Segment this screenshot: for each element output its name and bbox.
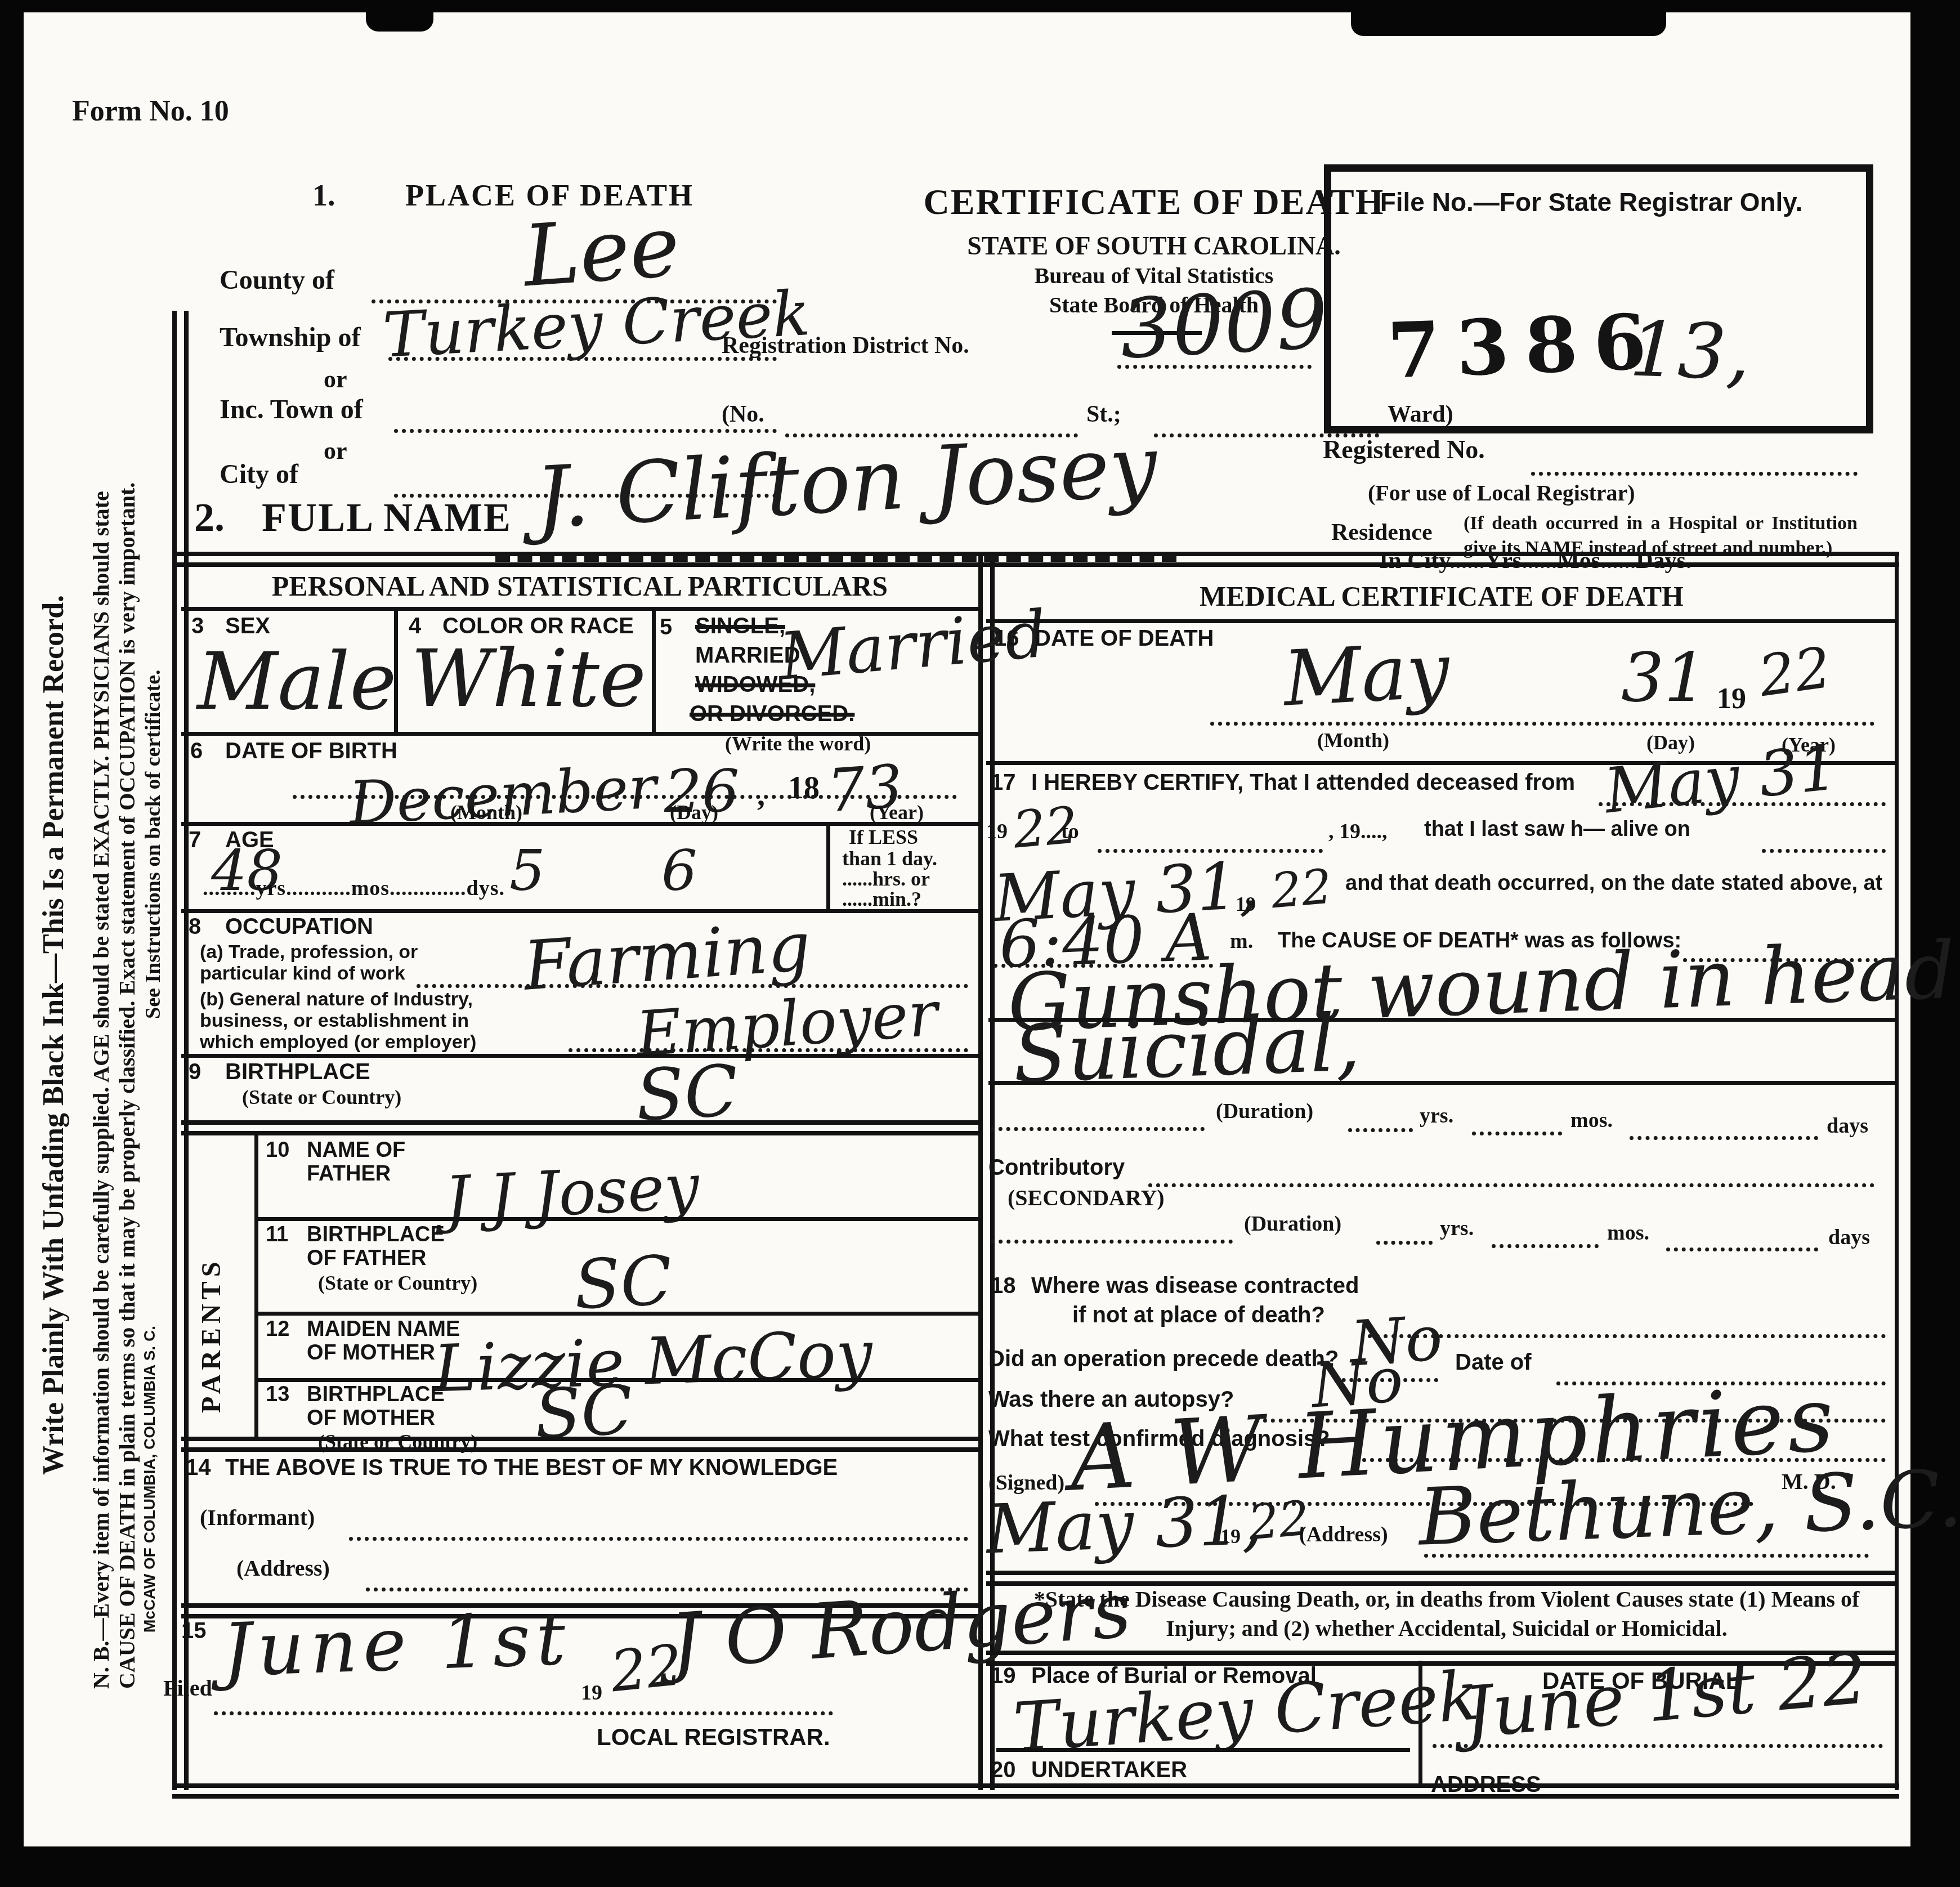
age-ifless-divider — [826, 822, 830, 909]
or-label-2: or — [324, 436, 347, 465]
residence-line: In City......Yrs......Mos......Days. — [1379, 547, 1691, 574]
certify-year1-printed: 19 — [986, 819, 1008, 844]
filed-date-value: June 1st — [221, 1595, 572, 1693]
duration2-line-a — [1376, 1241, 1433, 1245]
duration2-line-b — [1492, 1244, 1599, 1248]
parents-divider — [254, 1133, 258, 1437]
age-row-rule — [181, 909, 978, 913]
dob-number: 6 — [190, 739, 203, 764]
dob-label: DATE OF BIRTH — [225, 739, 397, 764]
birthplace-label: BIRTHPLACE — [225, 1059, 370, 1085]
certify-number: 17 — [991, 770, 1016, 795]
signed-address-label: (Address) — [1299, 1522, 1388, 1547]
dob-day-hint: (Day) — [670, 801, 718, 824]
father-birthplace-hint: (State or Country) — [318, 1271, 477, 1295]
section1-number: 1. — [312, 178, 335, 213]
race-marital-divider — [652, 607, 656, 732]
scan-artifact — [1351, 12, 1666, 36]
q18-number: 18 — [991, 1273, 1016, 1299]
father-name-value: J J Josey — [443, 1150, 701, 1235]
occupation-b-line2: business, or establishment in — [200, 1010, 469, 1032]
certify-year2-printed: 19 — [1236, 892, 1256, 916]
city-label: City of — [220, 459, 298, 490]
margin-note-nb: N. B.—Every item of information should b… — [88, 225, 114, 1689]
local-registrar-note: (For use of Local Registrar) — [1368, 480, 1635, 506]
mother-birthplace-number: 13 — [266, 1383, 289, 1407]
scanned-death-certificate: Write Plainly With Unfading Black Ink—Th… — [0, 0, 1960, 1887]
dod-number: 16 — [994, 626, 1019, 651]
age-months-value: 5 — [509, 838, 545, 904]
form-bottom-rule — [172, 1783, 1899, 1799]
informant-address-label: (Address) — [236, 1555, 330, 1581]
birthplace-row-rule — [181, 1120, 978, 1135]
informant-line — [349, 1537, 968, 1541]
mother-name-value: Lizzie McCoy — [432, 1316, 874, 1407]
father-name-label2: FATHER — [307, 1162, 391, 1186]
age-units-line: .........yrs...........mos.............d… — [203, 876, 505, 901]
registered-number-label: Registered No. — [1323, 435, 1485, 464]
duration1-label: (Duration) — [1216, 1099, 1313, 1124]
or-label-1: or — [324, 365, 347, 394]
residence-label: Residence — [1331, 519, 1433, 546]
file-box-title: File No.—For State Registrar Only. — [1341, 187, 1842, 217]
filed-number: 15 — [181, 1618, 207, 1644]
certify-mid: , 19...., — [1328, 819, 1388, 844]
fullname-number: 2. — [194, 494, 225, 541]
mother-birthplace-label1: BIRTHPLACE — [307, 1383, 445, 1407]
ifless-line1: If LESS — [849, 825, 918, 849]
dod-label: DATE OF DEATH — [1035, 626, 1214, 651]
father-name-label1: NAME OF — [307, 1138, 405, 1162]
duration1-line-a — [1348, 1128, 1413, 1132]
margin-note-see-instructions: See Instructions on back of certificate. — [141, 298, 165, 1019]
father-birthplace-label2: OF FATHER — [307, 1246, 427, 1271]
signed-year-printed: 19 — [1220, 1524, 1241, 1548]
form-right-border — [1895, 552, 1899, 1790]
duration1-days: days — [1827, 1114, 1868, 1138]
contributory-line — [1148, 1183, 1874, 1187]
no-label: (No. — [722, 401, 764, 428]
marital-option-divorced: OR DIVORCED. — [690, 701, 854, 727]
margin-note-printer: McCAW OF COLUMBIA, COLUMBIA S. C. — [141, 1284, 159, 1633]
father-birthplace-rule — [254, 1312, 978, 1316]
personal-heading: PERSONAL AND STATISTICAL PARTICULARS — [181, 570, 978, 602]
truth-number: 14 — [186, 1455, 211, 1481]
undertaker-number: 20 — [991, 1758, 1016, 1783]
occupation-label: OCCUPATION — [225, 914, 373, 940]
violent-causes-footnote: *State the Disease Causing Death, or, in… — [1008, 1585, 1886, 1643]
duration1-yrs: yrs. — [1420, 1103, 1453, 1128]
contributory-label: Contributory — [988, 1155, 1125, 1181]
occupation-row-rule — [181, 1054, 978, 1058]
county-label: County of — [220, 265, 334, 296]
cause-line2-rule — [988, 1081, 1895, 1085]
registration-district-value: 3009 — [1118, 271, 1330, 377]
fullname-label: FULL NAME — [262, 494, 512, 541]
father-name-rule — [254, 1217, 978, 1221]
q18-line1: Where was disease contracted — [1031, 1273, 1359, 1299]
dob-year-printed: 18 — [788, 770, 820, 806]
sex-number: 3 — [191, 614, 204, 639]
dob-month-hint: (Month) — [450, 801, 522, 824]
cause-line2-value: Suicidal, — [1012, 997, 1362, 1101]
race-value: White — [411, 633, 646, 725]
certify-line2: that I last saw h— alive on — [1424, 817, 1690, 842]
birthplace-number: 9 — [189, 1059, 201, 1085]
secondary-label: (SECONDARY) — [1008, 1184, 1165, 1211]
certify-to-label: to — [1061, 819, 1079, 844]
age-days-value: 6 — [661, 838, 697, 904]
burial-place-rule — [996, 1748, 1410, 1752]
dod-month-hint: (Month) — [1317, 728, 1389, 752]
fullname-line — [495, 555, 1176, 562]
birthplace-hint: (State or Country) — [242, 1085, 401, 1109]
personal-heading-rule — [181, 607, 978, 611]
sex-label: SEX — [225, 614, 270, 639]
certify-year2-value: 22 — [1269, 858, 1334, 919]
parents-bottom-rule — [181, 1437, 978, 1452]
dod-year-value: 22 — [1755, 634, 1834, 710]
occupation-number: 8 — [189, 914, 201, 940]
duration2-lead-line — [991, 1240, 1233, 1244]
registered-number-line — [1531, 472, 1858, 476]
form-number: Form No. 10 — [72, 95, 229, 128]
signed-address-value: Bethune, S.C. — [1417, 1453, 1960, 1564]
registration-district-label: Registration District No. — [722, 332, 969, 359]
margin-note-cause: CAUSE OF DEATH in plain terms so that it… — [114, 225, 140, 1689]
duration1-line-b — [1472, 1132, 1562, 1135]
mother-name-label2: OF MOTHER — [307, 1341, 435, 1365]
duration2-label: (Duration) — [1244, 1211, 1341, 1236]
father-birthplace-number: 11 — [266, 1223, 288, 1247]
filed-line — [214, 1711, 833, 1715]
dod-month-value: May — [1281, 626, 1452, 723]
registered-number-value: 13, — [1628, 305, 1752, 397]
duration2-mos: mos. — [1607, 1220, 1649, 1245]
margin-note-permanent-record: Write Plainly With Unfading Black Ink—Th… — [37, 439, 70, 1475]
age-number: 7 — [189, 828, 201, 853]
sex-value: Male — [197, 636, 396, 728]
scan-artifact — [366, 12, 433, 32]
duration2-line-c — [1666, 1247, 1818, 1251]
dob-line — [293, 795, 957, 799]
duration2-yrs: yrs. — [1440, 1216, 1474, 1241]
ifless-line4: ......min.? — [842, 887, 921, 911]
occupation-a-line1: (a) Trade, profession, or — [200, 941, 418, 963]
marital-number: 5 — [660, 615, 672, 640]
filed-year-printed: 19 — [581, 1680, 602, 1705]
dod-day-value: 31 — [1621, 639, 1707, 717]
occupation-a-line2: particular kind of work — [200, 963, 405, 985]
township-label: Township of — [220, 322, 360, 353]
form-left-border — [172, 311, 189, 1790]
dod-year-printed: 19 — [1717, 682, 1746, 716]
occupation-b-line3: which employed (or employer) — [200, 1031, 476, 1053]
medical-heading-rule — [986, 619, 1895, 623]
marital-option-single: SINGLE, — [695, 614, 785, 639]
duration1-lead-line — [991, 1127, 1205, 1131]
undertaker-address-label: ADDRESS — [1431, 1772, 1541, 1797]
occupation-b-line1: (b) General nature of Industry, — [200, 989, 473, 1010]
certify-line1: I HEREBY CERTIFY, That I attended deceas… — [1031, 770, 1575, 795]
signed-bottom-rule — [986, 1571, 1895, 1586]
parents-label: PARENTS — [196, 1177, 227, 1413]
mother-birthplace-label2: OF MOTHER — [307, 1406, 435, 1430]
operation-label: Did an operation precede death? — [988, 1347, 1339, 1372]
father-name-number: 10 — [266, 1138, 289, 1162]
q18-line — [1368, 1334, 1886, 1338]
undertaker-label: UNDERTAKER — [1031, 1758, 1187, 1783]
father-birthplace-label1: BIRTHPLACE — [307, 1223, 445, 1247]
inc-town-line — [394, 429, 777, 433]
burial-date-line — [1433, 1744, 1883, 1748]
certify-line3: and that death occurred, on the date sta… — [1345, 871, 1882, 896]
q18-line2: if not at place of death? — [1072, 1303, 1325, 1328]
date-of-label: Date of — [1455, 1350, 1532, 1375]
informant-label: (Informant) — [200, 1504, 315, 1531]
dob-year-hint: (Year) — [870, 801, 924, 824]
medical-heading: MEDICAL CERTIFICATE OF DEATH — [988, 580, 1895, 612]
filed-label: Filed — [163, 1675, 212, 1701]
dod-line — [1210, 722, 1874, 726]
file-number-stamp: 7386 — [1386, 297, 1663, 396]
certify-lastsaw-line — [1762, 849, 1886, 853]
duration1-line-c — [1630, 1136, 1818, 1140]
truth-label: THE ABOVE IS TRUE TO THE BEST OF MY KNOW… — [225, 1455, 838, 1481]
duration1-mos: mos. — [1570, 1108, 1613, 1133]
duration2-days: days — [1828, 1225, 1870, 1250]
sex-row-rule — [181, 732, 978, 736]
local-registrar-label: LOCAL REGISTRAR. — [597, 1724, 830, 1751]
burial-number: 19 — [991, 1664, 1016, 1689]
inc-town-label: Inc. Town of — [220, 394, 363, 425]
mother-name-number: 12 — [266, 1317, 289, 1342]
